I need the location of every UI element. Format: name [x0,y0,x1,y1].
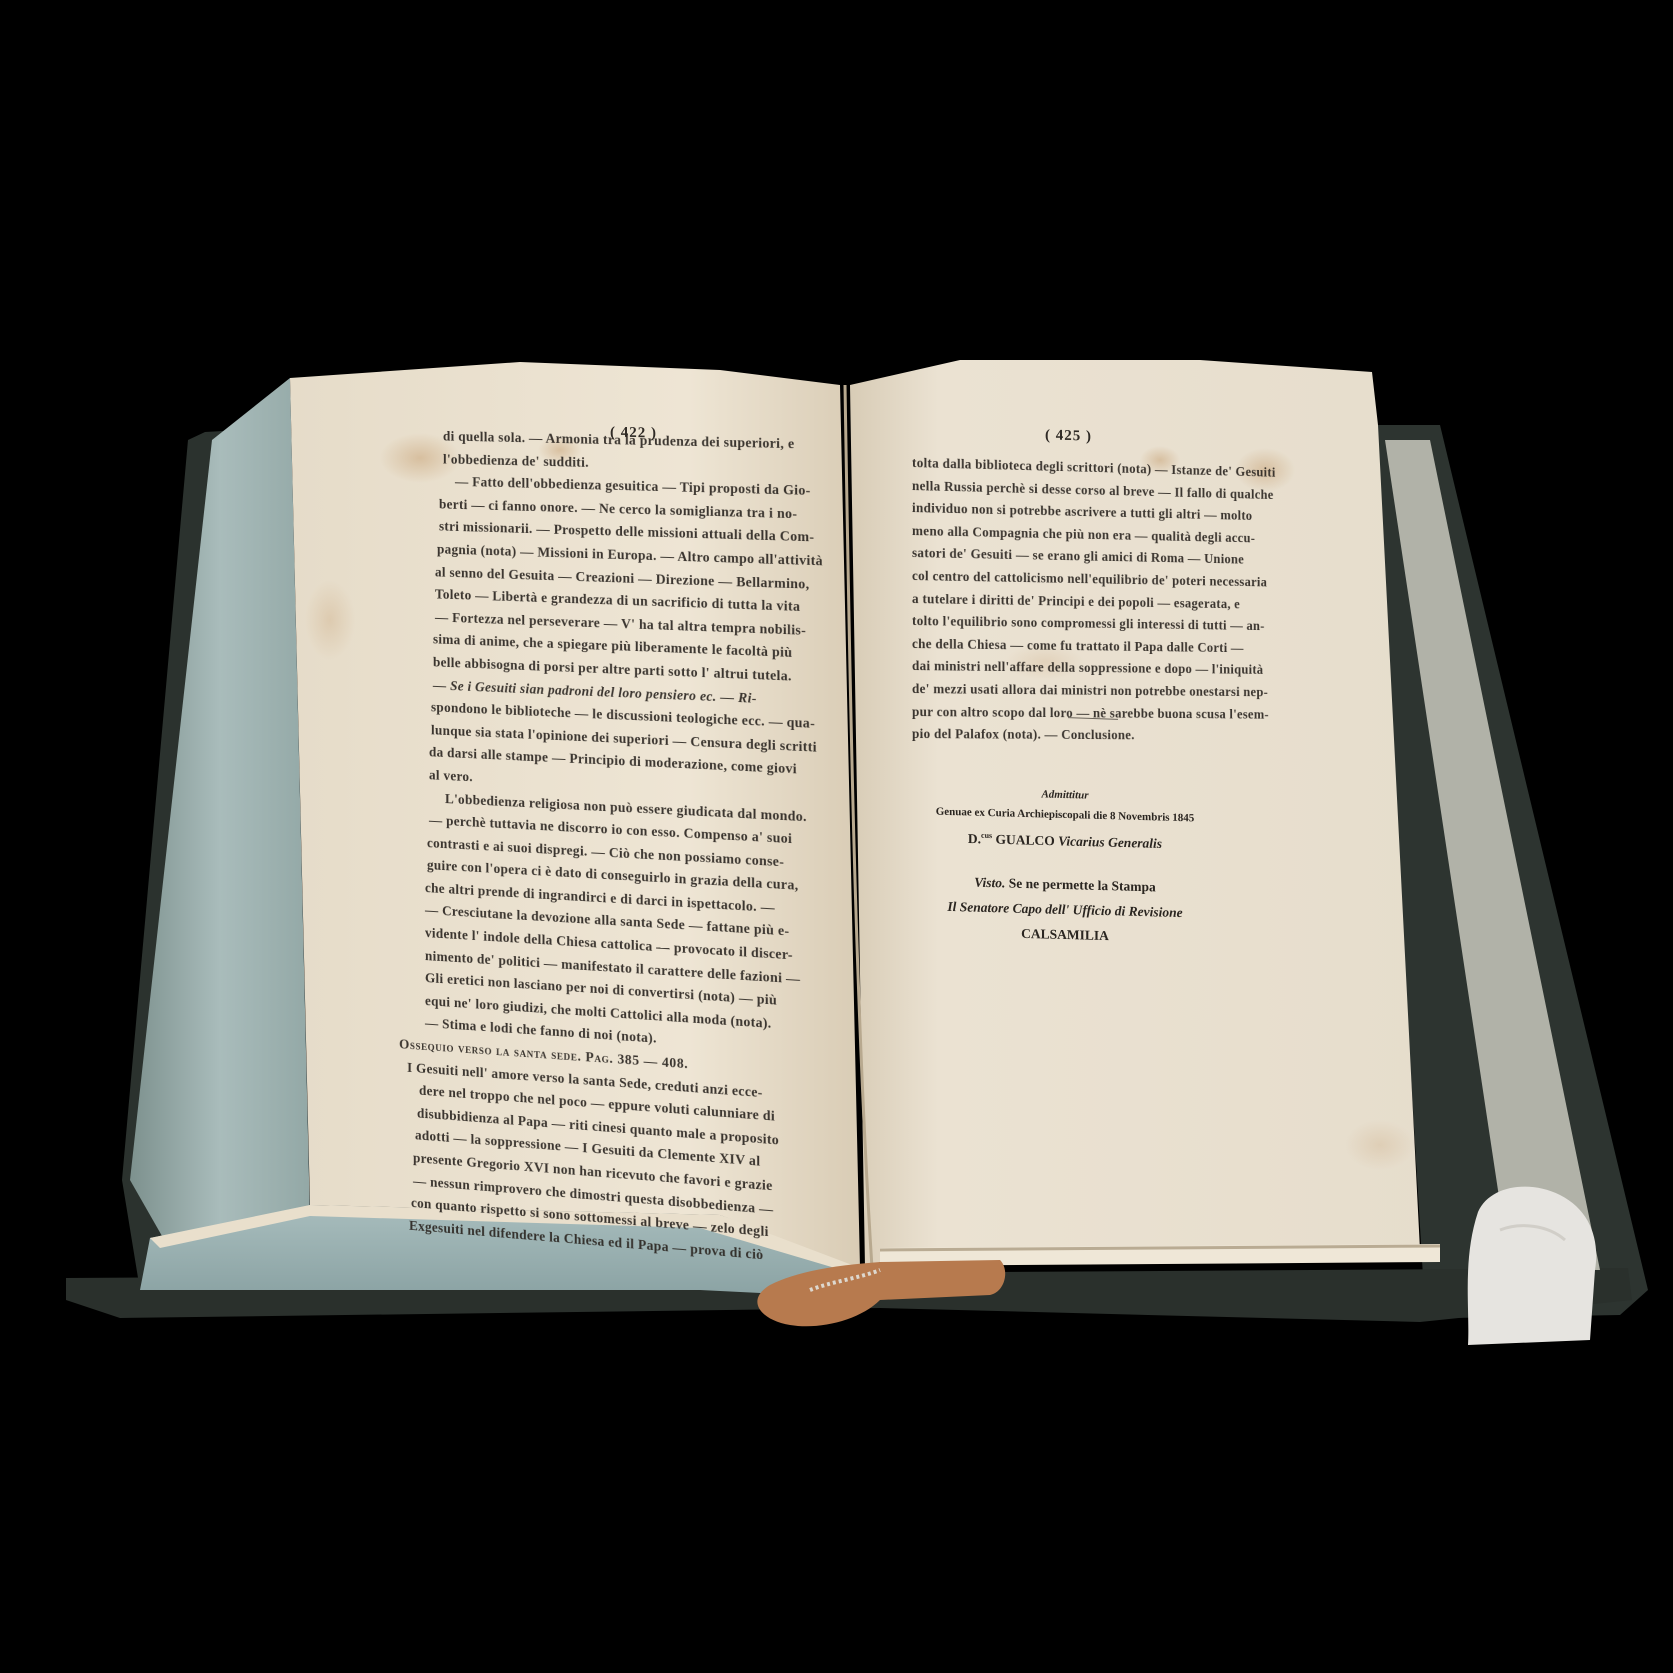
signatory-title: Vicarius Generalis [1058,833,1162,851]
book-photo-scene: ( 422 ) ( 425 ) di quella sola. — Armoni… [0,0,1673,1673]
signatory-prefix: D. [968,831,981,846]
text-line: de' mezzi usati allora dai ministri non … [912,678,1271,704]
signatory-name: GUALCO [996,832,1055,849]
signatory-sup: cus [981,831,992,840]
text-line: pio del Palafox (nota). — Conclusione. [912,723,1271,747]
visto-text: Se ne permette la Stampa [1009,875,1156,894]
right-page-number: ( 425 ) [1045,427,1092,445]
left-page-text: di quella sola. — Armonia tra la prudenz… [425,425,837,1273]
text-line: pur con altro scopo dal loro — nè sarebb… [912,701,1271,726]
visto-label: Visto. [974,874,1005,890]
gloved-finger [1468,1187,1597,1345]
right-page-text: tolta dalla biblioteca degli scrittori (… [912,452,1271,748]
imprimatur-block: Admittitur Genuae ex Curia Archiepiscopa… [900,781,1230,951]
